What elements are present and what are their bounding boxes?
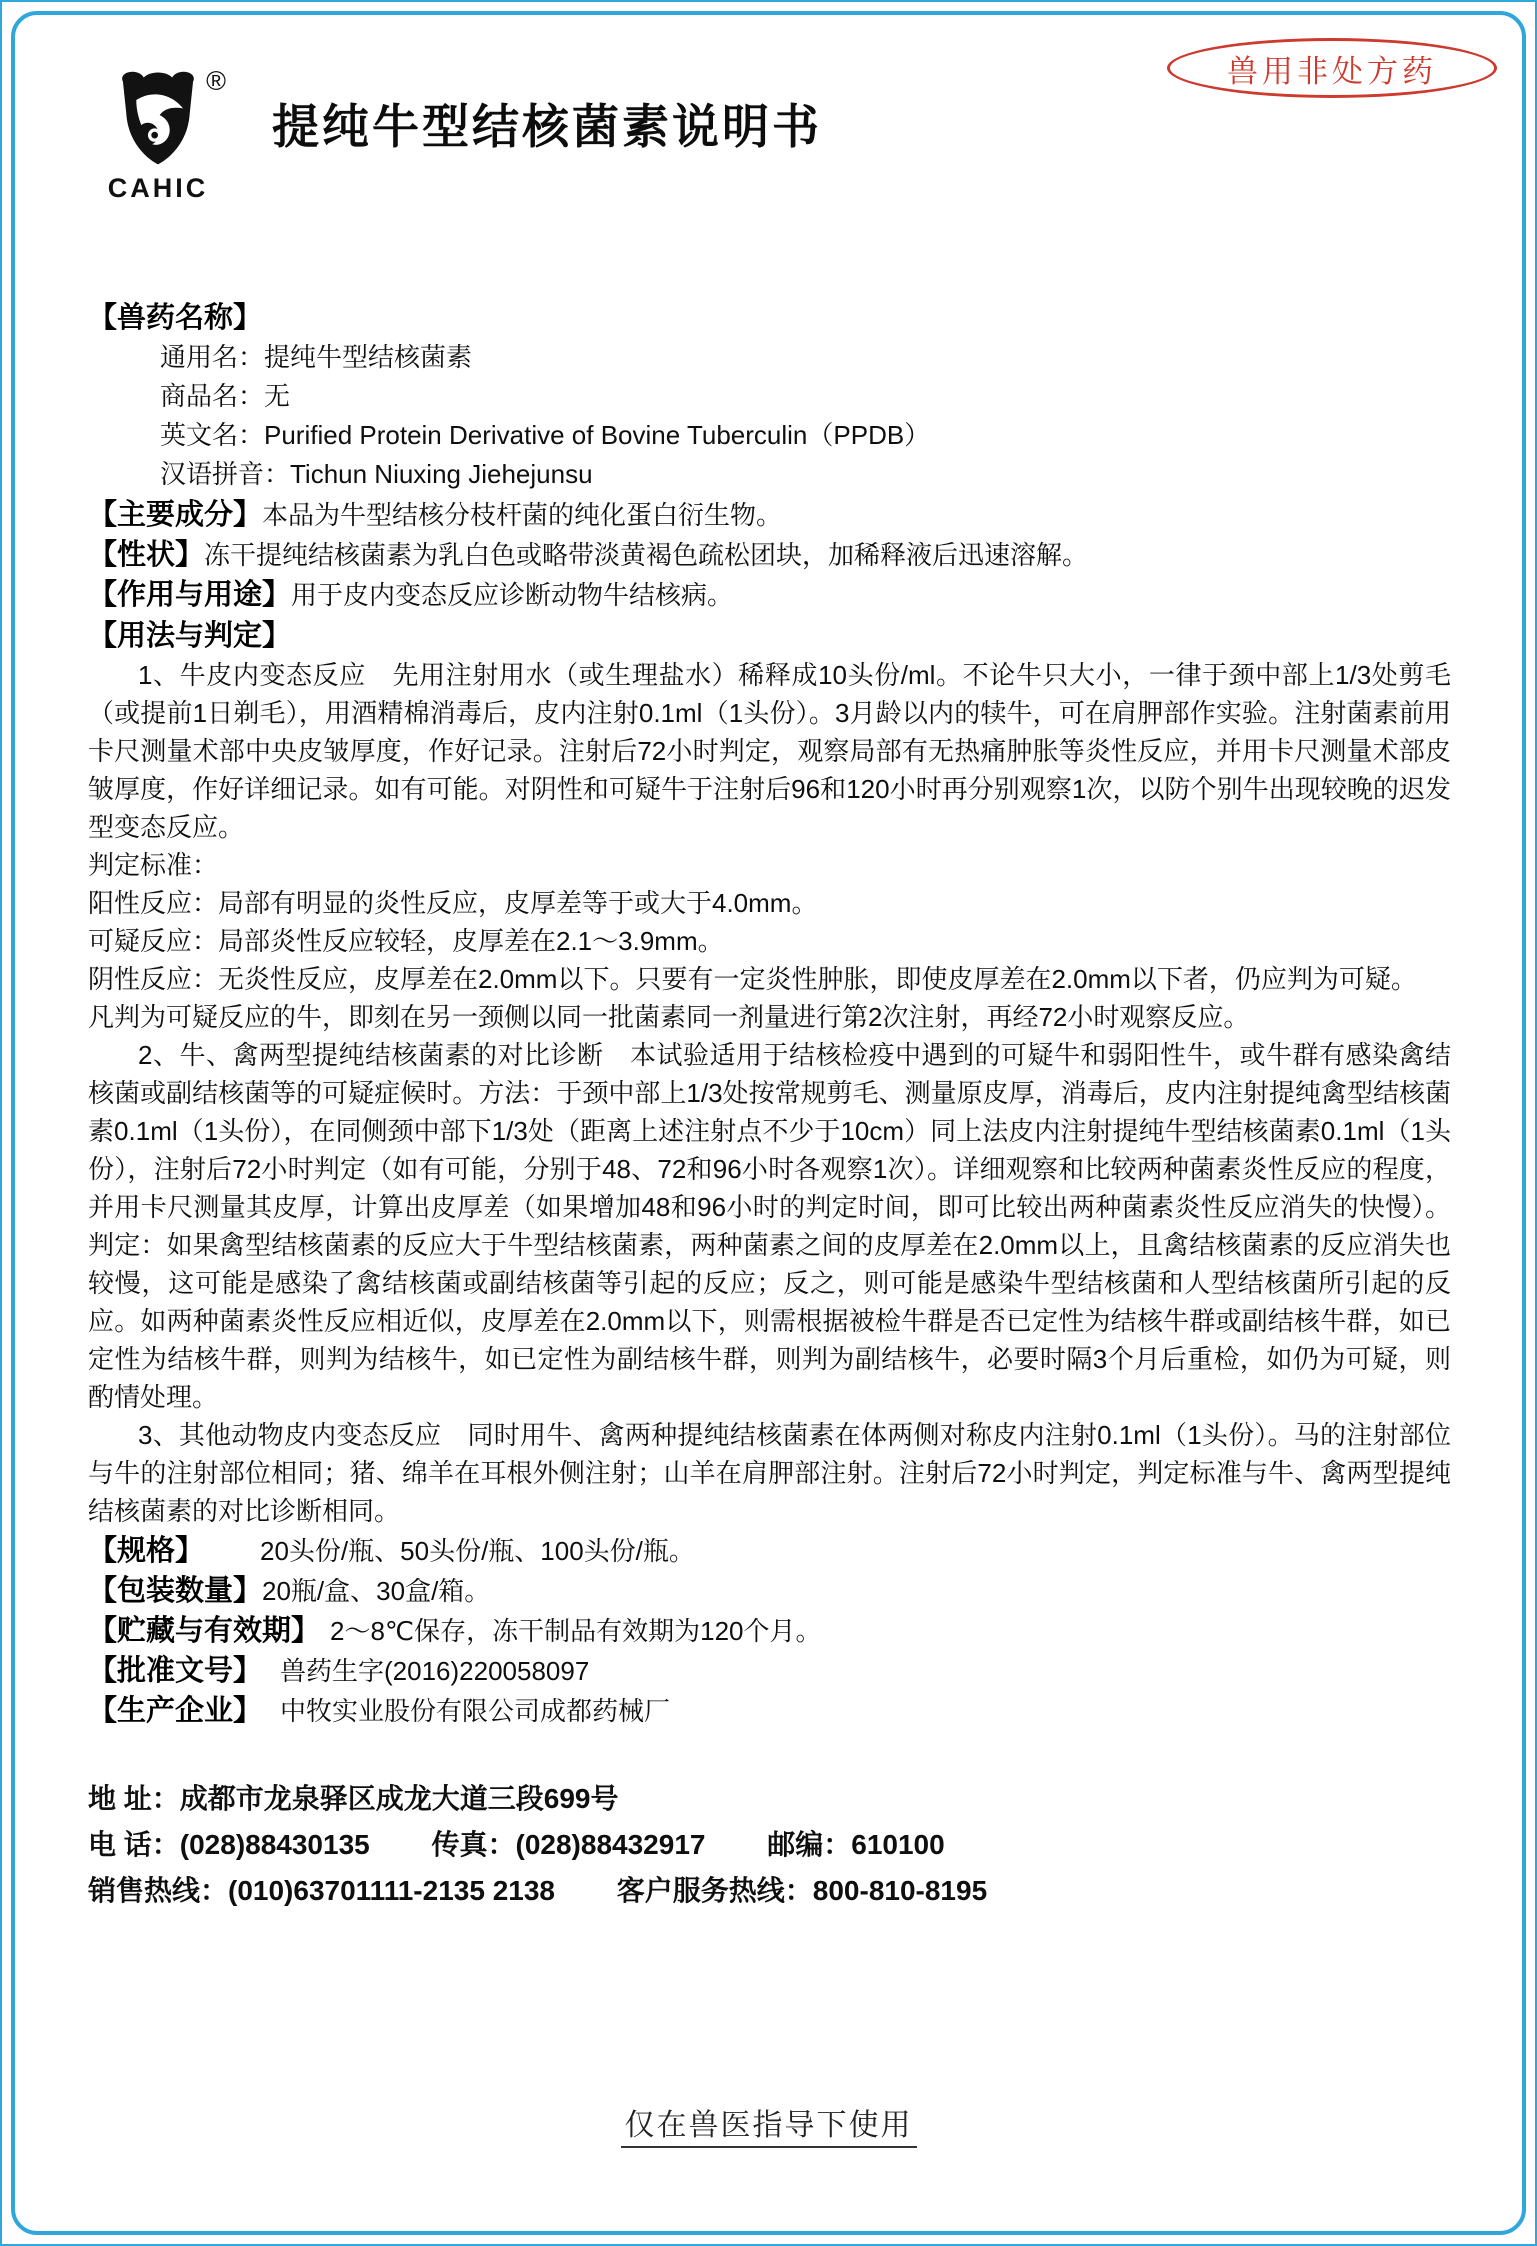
pinyin-name: 汉语拼音：Tichun Niuxing Jiehejunsu	[160, 455, 1451, 494]
criteria-negative: 阴性反应：无炎性反应，皮厚差在2.0mm以下。只要有一定炎性肿胀，即使皮厚差在2…	[88, 960, 1451, 998]
registered-trademark-icon: ®	[206, 66, 226, 97]
indications-label: 【作用与用途】	[88, 579, 291, 611]
generic-name: 通用名：提纯牛型结核菌素	[160, 338, 1451, 377]
composition-text: 本品为牛型结核分枝杆菌的纯化蛋白衍生物。	[262, 500, 782, 530]
spec-label: 【规格】	[88, 1535, 204, 1567]
spec-text: 20头份/瓶、50头份/瓶、100头份/瓶。	[260, 1536, 695, 1566]
section-storage: 【贮藏与有效期】2～8℃保存，冻干制品有效期为120个月。	[88, 1612, 1451, 1650]
page-title: 提纯牛型结核菌素说明书	[272, 90, 822, 157]
section-manufacturer: 【生产企业】中牧实业股份有限公司成都药械厂	[88, 1692, 1451, 1730]
manufacturer-text: 中牧实业股份有限公司成都药械厂	[280, 1696, 670, 1726]
sales-hotline: 销售热线：(010)63701111-2135 2138	[88, 1875, 555, 1906]
logo-mark-wrap: ®	[116, 70, 200, 171]
packaging-label: 【包装数量】	[88, 1575, 262, 1607]
otc-badge: 兽用非处方药	[1167, 38, 1497, 98]
section-usage-label: 【用法与判定】	[88, 616, 1451, 656]
leaflet-body: 【兽药名称】 通用名：提纯牛型结核菌素 商品名：无 英文名：Purified P…	[88, 298, 1451, 1914]
manufacturer-label: 【生产企业】	[88, 1695, 262, 1727]
criteria-title: 判定标准：	[88, 846, 1451, 884]
otc-badge-label: 兽用非处方药	[1227, 46, 1437, 91]
approval-label: 【批准文号】	[88, 1655, 262, 1687]
usage-paragraph-3: 3、其他动物皮内变态反应 同时用牛、禽两种提纯结核菌素在体两侧对称皮内注射0.1…	[88, 1416, 1451, 1530]
trade-name: 商品名：无	[160, 377, 1451, 416]
leaflet-page: ® CAHIC 提纯牛型结核菌素说明书 兽用非处方药 【兽药名称】 通用名：提纯…	[0, 0, 1537, 2246]
contact-phone-line: 电 话：(028)88430135 传真：(028)88432917 邮编：61…	[88, 1822, 1451, 1868]
section-composition: 【主要成分】本品为牛型结核分枝杆菌的纯化蛋白衍生物。	[88, 496, 1451, 534]
service-hotline: 客户服务热线：800-810-8195	[617, 1875, 987, 1906]
english-name: 英文名：Purified Protein Derivative of Bovin…	[160, 416, 1451, 455]
footer-note: 仅在兽医指导下使用	[2, 2100, 1535, 2144]
composition-label: 【主要成分】	[88, 499, 262, 531]
properties-text: 冻干提纯结核菌素为乳白色或略带淡黄褐色疏松团块，加稀释液后迅速溶解。	[204, 540, 1088, 570]
eagle-logo-icon	[116, 70, 200, 166]
usage-paragraph-2: 2、牛、禽两型提纯结核菌素的对比诊断 本试验适用于结核检疫中遇到的可疑牛和弱阳性…	[88, 1036, 1451, 1416]
contact-address: 地 址：成都市龙泉驿区成龙大道三段699号	[88, 1776, 1451, 1822]
section-drug-name-label: 【兽药名称】	[88, 298, 1451, 338]
logo-text: CAHIC	[102, 173, 214, 204]
contact-zip: 邮编：610100	[767, 1829, 944, 1860]
section-indications: 【作用与用途】用于皮内变态反应诊断动物牛结核病。	[88, 576, 1451, 614]
section-packaging: 【包装数量】20瓶/盒、30盒/箱。	[88, 1572, 1451, 1610]
section-properties: 【性状】冻干提纯结核菌素为乳白色或略带淡黄褐色疏松团块，加稀释液后迅速溶解。	[88, 536, 1451, 574]
usage-paragraph-1: 1、牛皮内变态反应 先用注射用水（或生理盐水）稀释成10头份/ml。不论牛只大小…	[88, 656, 1451, 846]
packaging-text: 20瓶/盒、30盒/箱。	[262, 1576, 490, 1606]
contact-fax: 传真：(028)88432917	[432, 1829, 706, 1860]
contact-hotline-line: 销售热线：(010)63701111-2135 2138 客户服务热线：800-…	[88, 1868, 1451, 1914]
section-spec: 【规格】20头份/瓶、50头份/瓶、100头份/瓶。	[88, 1532, 1451, 1570]
cahic-logo: ® CAHIC	[102, 70, 214, 204]
section-approval: 【批准文号】兽药生字(2016)220058097	[88, 1652, 1451, 1690]
approval-text: 兽药生字(2016)220058097	[280, 1656, 589, 1686]
contact-phone: 电 话：(028)88430135	[88, 1829, 370, 1860]
criteria-retest: 凡判为可疑反应的牛，即刻在另一颈侧以同一批菌素同一剂量进行第2次注射，再经72小…	[88, 998, 1451, 1036]
properties-label: 【性状】	[88, 539, 204, 571]
contact-block: 地 址：成都市龙泉驿区成龙大道三段699号 电 话：(028)88430135 …	[88, 1776, 1451, 1914]
storage-text: 2～8℃保存，冻干制品有效期为120个月。	[330, 1616, 822, 1646]
criteria-positive: 阳性反应：局部有明显的炎性反应，皮厚差等于或大于4.0mm。	[88, 884, 1451, 922]
drug-name-list: 通用名：提纯牛型结核菌素 商品名：无 英文名：Purified Protein …	[160, 338, 1451, 494]
indications-text: 用于皮内变态反应诊断动物牛结核病。	[291, 580, 733, 610]
criteria-suspicious: 可疑反应：局部炎性反应较轻，皮厚差在2.1～3.9mm。	[88, 922, 1451, 960]
footer-note-text: 仅在兽医指导下使用	[621, 2109, 917, 2148]
storage-label: 【贮藏与有效期】	[88, 1615, 320, 1647]
